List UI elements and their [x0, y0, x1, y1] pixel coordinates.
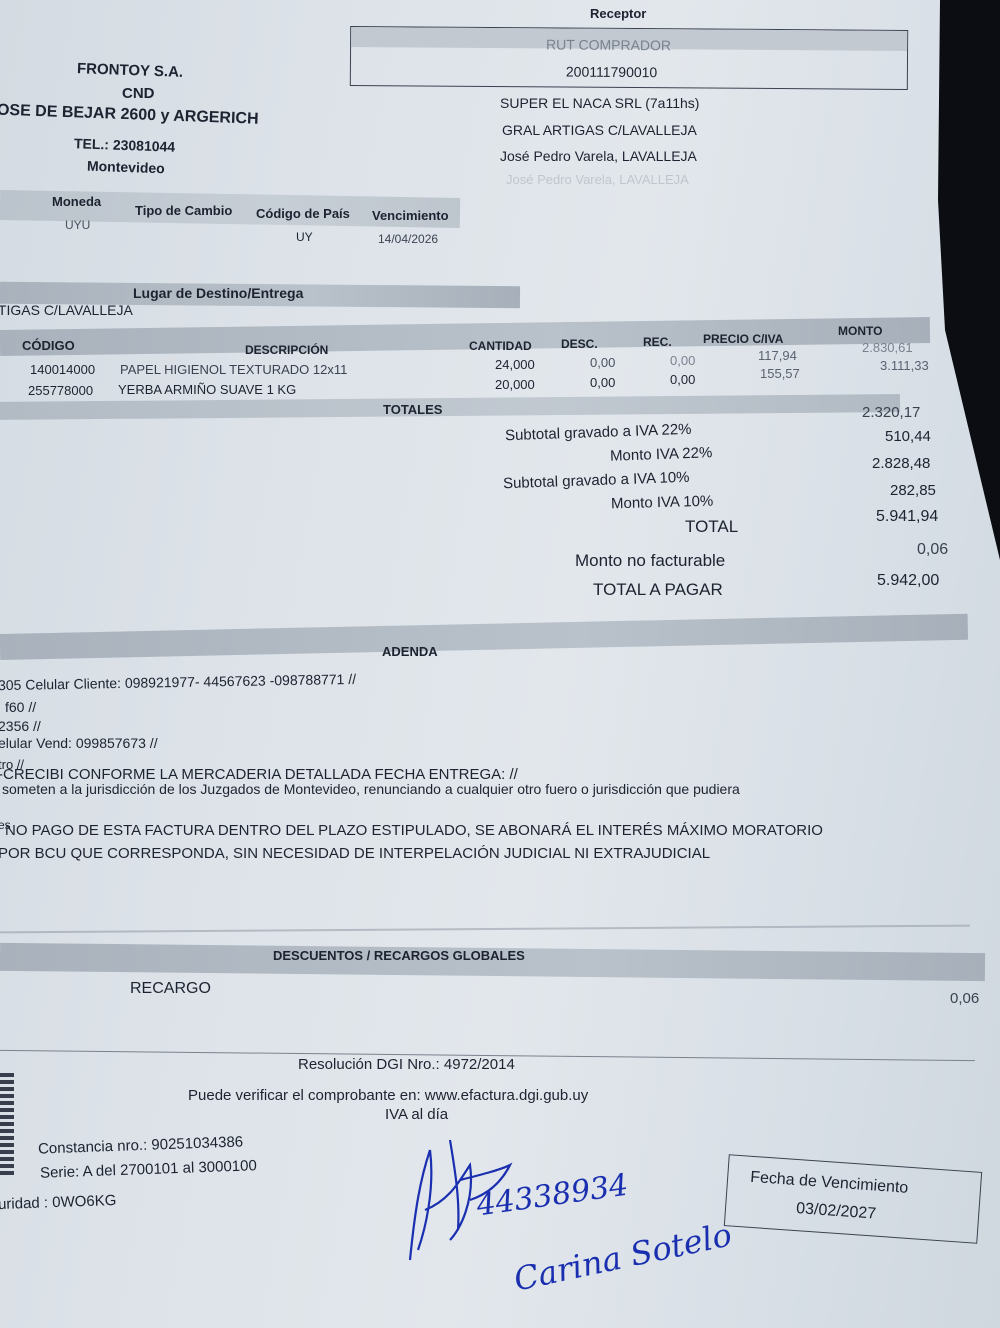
total-line-label: TOTAL A PAGAR: [593, 580, 723, 600]
info-moneda: UYU: [65, 218, 90, 232]
items-header-codigo: CÓDIGO: [22, 338, 75, 353]
emisor-direccion: JOSE DE BEJAR 2600 y ARGERICH: [0, 101, 259, 128]
destino-value: GRAL ARTIGAS C/LAVALLEJA: [0, 302, 133, 318]
item-codigo: 255778000: [28, 383, 93, 398]
info-codigo-pais: UY: [296, 230, 313, 244]
adenda-line: 305 Celular Cliente: 098921977- 44567623…: [0, 671, 356, 693]
receptor-title: Receptor: [590, 6, 646, 21]
adenda-line: POR BCU QUE CORRESPONDA, SIN NECESIDAD D…: [0, 845, 710, 862]
item-rec: 0,00: [670, 353, 695, 368]
vencimiento-value: 03/02/2027: [796, 1200, 877, 1224]
total-line-value: 5.941,94: [876, 508, 938, 526]
qr-code: [0, 1073, 14, 1177]
total-line-value: 510,44: [885, 428, 931, 445]
total-line-label: TOTAL: [685, 517, 738, 537]
footer-resolucion: Resolución DGI Nro.: 4972/2014: [298, 1056, 515, 1073]
vencimiento-label: Fecha de Vencimiento: [750, 1169, 909, 1198]
adenda-line: 2356 //: [0, 718, 41, 734]
item-precio: 155,57: [760, 366, 800, 381]
footer-seguridad: uridad : 0WO6KG: [0, 1192, 117, 1213]
emisor-sucursal: CND: [122, 85, 155, 102]
globales-tipo: RECARGO: [130, 980, 211, 998]
item-cantidad: 20,000: [495, 377, 535, 392]
handwritten-name: Carina Sotelo: [510, 1215, 734, 1298]
info-header-codigo-pais: Código de País: [256, 206, 350, 221]
items-header-precio: PRECIO C/IVA: [703, 332, 783, 346]
total-line-value: 282,85: [890, 482, 936, 499]
globales-valor: 0,06: [950, 990, 979, 1007]
emisor-telefono: TEL.: 23081044: [74, 135, 176, 155]
emisor-razon-social: FRONTOY S.A.: [77, 60, 184, 81]
total-line-value: 5.942,00: [877, 572, 939, 590]
item-monto: 2.830,61: [862, 340, 913, 355]
rut-value: 200111790010: [566, 64, 657, 81]
invoice-paper: FRONTOY S.A. CND JOSE DE BEJAR 2600 y AR…: [0, 0, 1000, 1328]
total-line-label: Monto no facturable: [575, 551, 725, 571]
total-line-value: 2.828,48: [872, 455, 930, 472]
adenda-line: elular Vend: 099857673 //: [0, 735, 158, 751]
footer-constancia: Constancia nro.: 90251034386: [38, 1133, 244, 1157]
rut-label: RUT COMPRADOR: [546, 36, 671, 53]
item-cantidad: 24,000: [495, 357, 535, 372]
totales-title: TOTALES: [383, 402, 442, 417]
info-vencimiento: 14/04/2026: [378, 232, 438, 246]
items-header-monto: MONTO: [838, 324, 882, 338]
destino-title: Lugar de Destino/Entrega: [133, 285, 303, 301]
vencimiento-box: Fecha de Vencimiento 03/02/2027: [724, 1154, 982, 1244]
item-codigo: 140014000: [30, 362, 95, 377]
items-header-desc: DESC.: [561, 337, 598, 351]
items-header-descripcion: DESCRIPCIÓN: [245, 343, 328, 357]
item-descripcion: YERBA ARMIÑO SUAVE 1 KG: [118, 382, 296, 397]
total-line-label: Subtotal gravado a IVA 10%: [503, 469, 690, 492]
adenda-title: ADENDA: [382, 644, 438, 659]
footer-serie: Serie: A del 2700101 al 3000100: [40, 1157, 257, 1182]
receptor-localidad-ghost: José Pedro Varela, LAVALLEJA: [506, 172, 689, 187]
receptor-direccion: GRAL ARTIGAS C/LAVALLEJA: [502, 122, 697, 138]
info-header-tipo-cambio: Tipo de Cambio: [135, 203, 232, 218]
items-header-rec: REC.: [643, 335, 672, 349]
divider: [0, 925, 970, 934]
item-desc: 0,00: [590, 355, 615, 370]
total-line-label: Subtotal gravado a IVA 22%: [505, 421, 692, 444]
adenda-bar: [0, 614, 968, 660]
adenda-line: f60 //: [5, 699, 36, 715]
info-header-moneda: Moneda: [52, 194, 101, 209]
item-descripcion: PAPEL HIGIENOL TEXTURADO 12x11: [120, 362, 347, 377]
adenda-line: someten a la jurisdicción de los Juzgado…: [2, 781, 740, 797]
receptor-rut-box: RUT COMPRADOR 200111790010: [350, 26, 908, 90]
total-line-label: Monto IVA 10%: [611, 493, 714, 513]
receptor-nombre: SUPER EL NACA SRL (7a11hs): [500, 95, 699, 111]
items-header-cantidad: CANTIDAD: [469, 339, 532, 353]
item-rec: 0,00: [670, 372, 695, 387]
total-line-value: 0,06: [917, 541, 948, 559]
item-desc: 0,00: [590, 375, 615, 390]
info-header-vencimiento: Vencimiento: [372, 208, 449, 223]
item-precio: 117,94: [758, 348, 797, 363]
globales-title: DESCUENTOS / RECARGOS GLOBALES: [273, 948, 525, 963]
receptor-localidad: José Pedro Varela, LAVALLEJA: [500, 148, 697, 164]
adenda-line: NO PAGO DE ESTA FACTURA DENTRO DEL PLAZO…: [5, 822, 823, 839]
footer-verificar[interactable]: Puede verificar el comprobante en: www.e…: [188, 1087, 588, 1104]
total-line-value: 2.320,17: [862, 404, 920, 421]
emisor-ciudad: Montevideo: [87, 158, 165, 177]
totales-bar: [0, 394, 900, 420]
item-monto: 3.111,33: [880, 358, 929, 373]
total-line-label: Monto IVA 22%: [610, 444, 713, 465]
